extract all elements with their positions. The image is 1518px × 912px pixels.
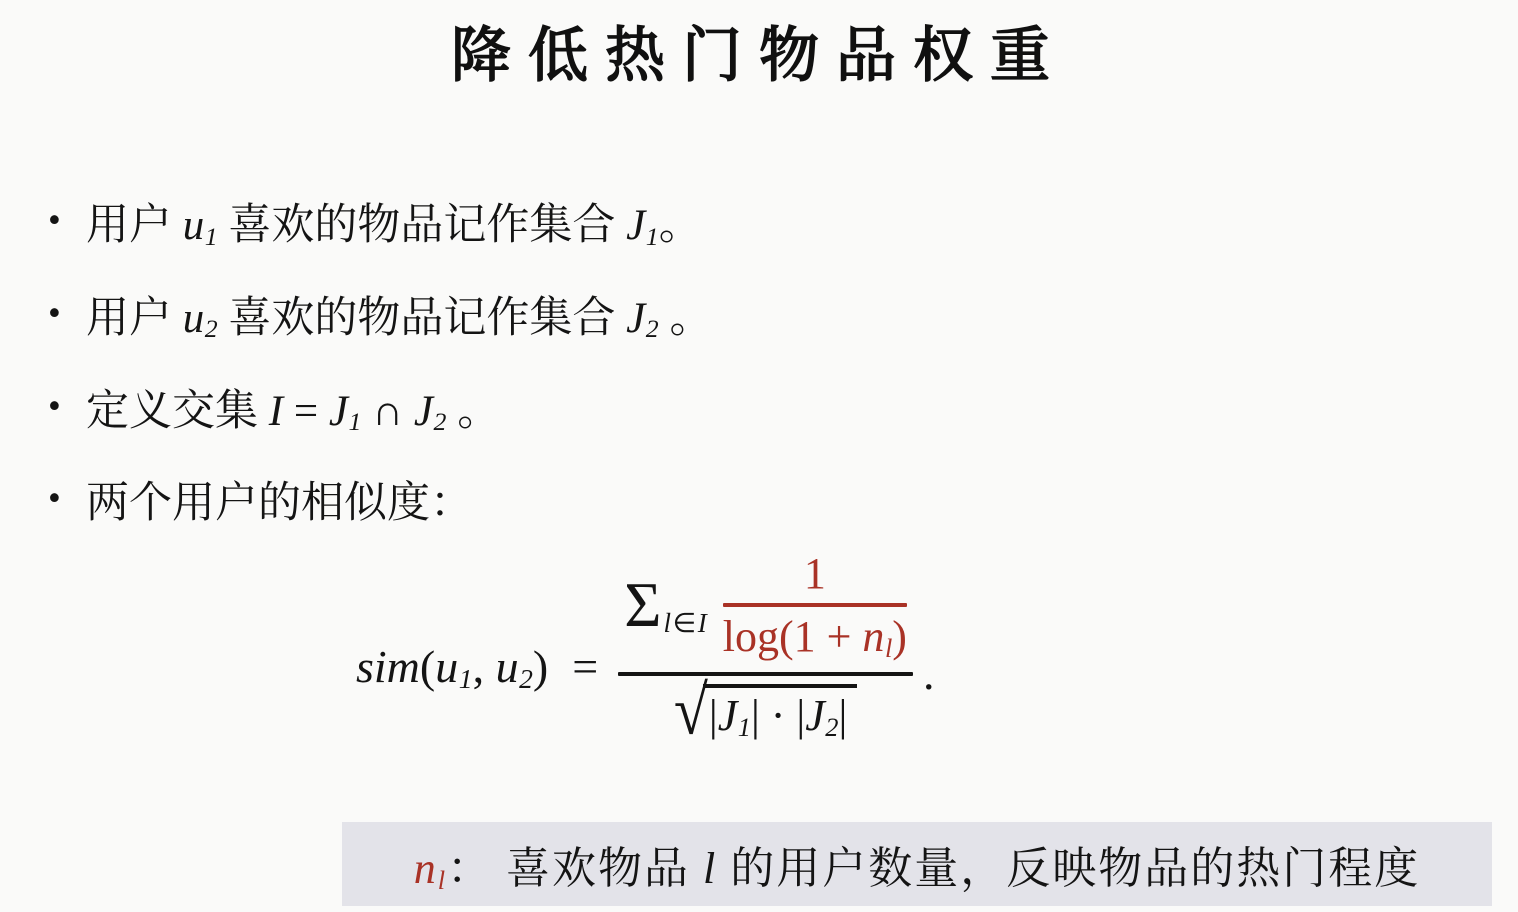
sqrt-expression: √ |J1| · |J2|	[674, 684, 857, 746]
main-fraction-denominator: √ |J1| · |J2|	[674, 676, 857, 746]
formula-period: .	[923, 647, 935, 700]
main-fraction: Σ l∈I 1 log(1 + nl) √ |J1| · |J2|	[618, 548, 913, 746]
slide: 降低热门物品权重 用户 u1 喜欢的物品记作集合 J1。 用户 u2 喜欢的物品…	[0, 0, 1518, 912]
inner-fraction-denominator: log(1 + nl)	[723, 607, 907, 662]
bullet-item-user1-set: 用户 u1 喜欢的物品记作集合 J1。	[48, 198, 712, 255]
radical-sign-icon: √	[674, 676, 708, 745]
equals-sign: =	[572, 640, 598, 693]
inner-fraction-numerator: 1	[796, 548, 834, 603]
sigma-glyph: Σ	[624, 575, 661, 636]
main-fraction-numerator: Σ l∈I 1 log(1 + nl)	[618, 548, 913, 672]
sum-symbol: Σ l∈I	[624, 575, 707, 636]
inner-fraction: 1 log(1 + nl)	[723, 548, 907, 662]
bullet-item-similarity: 两个用户的相似度：	[48, 476, 712, 533]
bullet-list: 用户 u1 喜欢的物品记作集合 J1。 用户 u2 喜欢的物品记作集合 J2 。…	[48, 198, 712, 569]
radicand: |J1| · |J2|	[703, 684, 857, 741]
formula-lhs: sim(u1, u2)	[356, 640, 548, 693]
note-text: nl： 喜欢物品 l 的用户数量，反映物品的热门程度	[414, 832, 1421, 896]
bullet-item-intersection: 定义交集 I = J1 ∩ J2 。	[48, 384, 712, 441]
slide-title: 降低热门物品权重	[0, 8, 1518, 94]
note-box: nl： 喜欢物品 l 的用户数量，反映物品的热门程度	[342, 822, 1492, 906]
bullet-item-user2-set: 用户 u2 喜欢的物品记作集合 J2 。	[48, 291, 712, 348]
similarity-formula: sim(u1, u2) = Σ l∈I 1 log(1 + nl) √ |J1|…	[356, 548, 934, 746]
sum-index: l∈I	[663, 608, 706, 639]
